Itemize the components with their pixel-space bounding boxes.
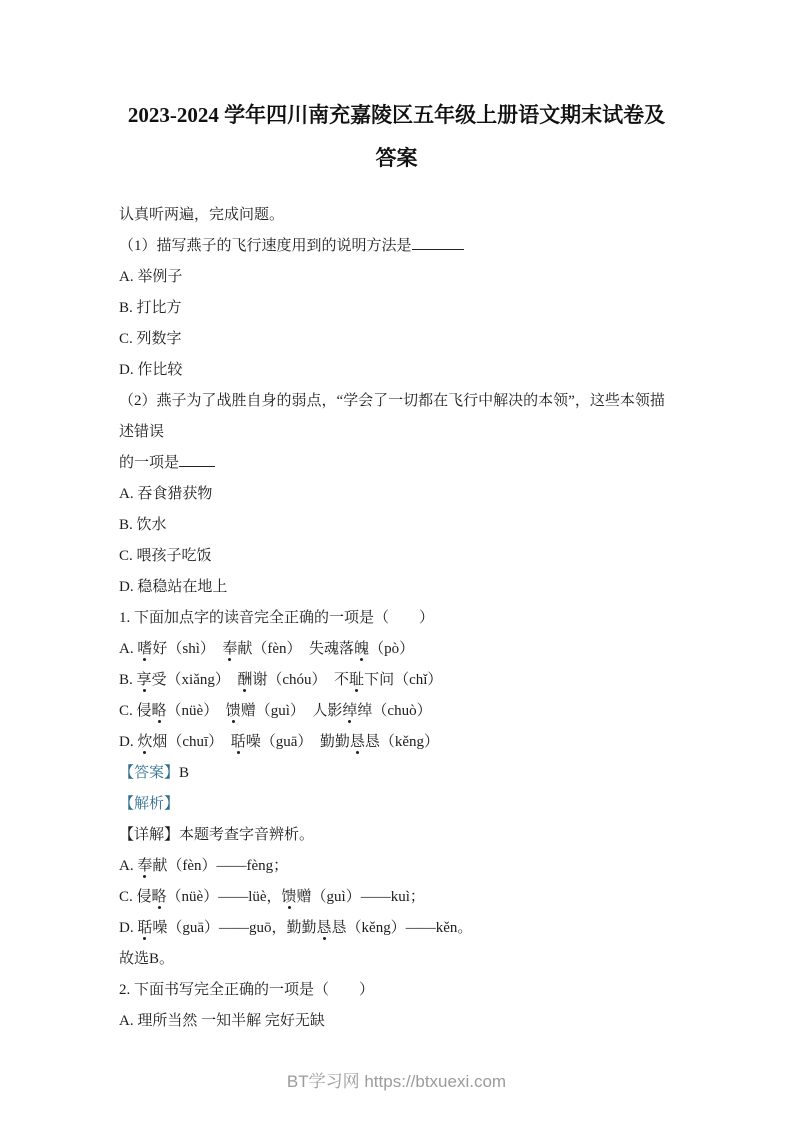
text-run: 1. 下面加点字的读音完全正确的一项是（ ） <box>119 610 434 626</box>
text-run: B <box>179 765 189 781</box>
text-run: （pò） <box>369 641 414 657</box>
text-run: 恳 <box>317 920 332 936</box>
document-line: 2. 下面书写完全正确的一项是（ ） <box>119 975 676 1006</box>
text-run: 略 <box>152 889 167 905</box>
document-line: 1. 下面加点字的读音完全正确的一项是（ ） <box>119 603 676 634</box>
text-run: A. <box>119 641 137 657</box>
text-run: 馈 <box>282 889 297 905</box>
footer-credit: BT学习网 https://btxuexi.com <box>0 1067 793 1092</box>
text-run: 炊 <box>137 734 152 750</box>
document-line: C. 列数字 <box>119 324 676 355</box>
document-line: D. 稳稳站在地上 <box>119 572 676 603</box>
blank-underline <box>179 453 215 467</box>
text-run: C. 喂孩子吃饭 <box>119 548 212 564</box>
document-line: 故选B。 <box>119 944 676 975</box>
text-run: 恳（kěng） <box>365 734 439 750</box>
text-run: 的一项是 <box>119 455 179 471</box>
document-line: 【答案】B <box>119 758 676 789</box>
document-line: C. 侵略（nüè） 馈赠（guì） 人影绰绰（chuò） <box>119 696 676 727</box>
text-run: 奉 <box>222 641 237 657</box>
document-line: C. 侵略（nüè）——lüè，馈赠（guì）——kuì； <box>119 882 676 913</box>
answer-label: 【解析】 <box>119 796 179 812</box>
text-run: 魄 <box>354 641 369 657</box>
text-run: 赠（guì）——kuì； <box>297 889 425 905</box>
text-run: 馈 <box>226 703 241 719</box>
text-run: 2. 下面书写完全正确的一项是（ ） <box>119 982 374 998</box>
document-line: B. 打比方 <box>119 293 676 324</box>
text-run: 赠（guì） 人影 <box>241 703 343 719</box>
text-run: A. 理所当然 一知半解 完好无缺 <box>119 1013 325 1029</box>
text-run: A. 吞食猎获物 <box>119 486 212 502</box>
text-run: 谢（chóu） 不 <box>252 672 349 688</box>
text-run: 嗜 <box>137 641 152 657</box>
text-run: 恳 <box>350 734 365 750</box>
document-line: （2）燕子为了战胜自身的弱点，“学会了一切都在飞行中解决的本领”，这些本领描述错… <box>119 386 676 448</box>
text-run: 故选B。 <box>119 951 174 967</box>
text-run: 献（fèn）——fèng； <box>152 858 288 874</box>
text-run: 好（shì） <box>152 641 222 657</box>
text-run: 受（xiǎng） <box>152 672 238 688</box>
text-run: 奉 <box>137 858 152 874</box>
text-run: D. 作比较 <box>119 362 182 378</box>
document-line: D. 聒噪（guā）——guō，勤勤恳恳（kěng）——kěn。 <box>119 913 676 944</box>
document-line: 认真听两遍，完成问题。 <box>119 200 676 231</box>
page-title-line-2: 答案 <box>376 146 418 170</box>
text-run: C. 侵 <box>119 889 152 905</box>
text-run: 烟（chuī） <box>152 734 230 750</box>
document-line: A. 吞食猎获物 <box>119 479 676 510</box>
document-page: 2023-2024 学年四川南充嘉陵区五年级上册语文期末试卷及答案 认真听两遍，… <box>0 0 793 1122</box>
document-line: 【解析】 <box>119 789 676 820</box>
text-run: B. <box>119 672 137 688</box>
text-run: 绰 <box>342 703 357 719</box>
document-line: 的一项是 <box>119 448 676 479</box>
text-run: 酬 <box>237 672 252 688</box>
text-run: D. <box>119 920 137 936</box>
text-run: 绰（chuò） <box>357 703 431 719</box>
document-line: C. 喂孩子吃饭 <box>119 541 676 572</box>
text-run: A. <box>119 858 137 874</box>
answer-label: 【答案】 <box>119 765 179 781</box>
document-line: B. 饮水 <box>119 510 676 541</box>
text-run: （nüè） <box>167 703 226 719</box>
text-run: （2）燕子为了战胜自身的弱点，“学会了一切都在飞行中解决的本领”，这些本领描述错… <box>119 393 665 440</box>
text-run: 下问（chǐ） <box>364 672 442 688</box>
document-body: 认真听两遍，完成问题。（1）描写燕子的飞行速度用到的说明方法是A. 举例子B. … <box>119 200 676 1037</box>
text-run: 耻 <box>349 672 364 688</box>
text-run: 聒 <box>231 734 246 750</box>
text-run: 献（fèn） 失魂落 <box>237 641 354 657</box>
text-run: （nüè）——lüè， <box>167 889 282 905</box>
text-run: A. 举例子 <box>119 269 182 285</box>
text-run: C. 列数字 <box>119 331 182 347</box>
document-line: A. 理所当然 一知半解 完好无缺 <box>119 1006 676 1037</box>
text-run: 聒 <box>137 920 152 936</box>
text-run: C. 侵 <box>119 703 152 719</box>
text-run: B. 饮水 <box>119 517 167 533</box>
document-line: D. 作比较 <box>119 355 676 386</box>
document-line: （1）描写燕子的飞行速度用到的说明方法是 <box>119 231 676 262</box>
page-title: 2023-2024 学年四川南充嘉陵区五年级上册语文期末试卷及答案 <box>90 94 703 180</box>
document-line: D. 炊烟（chuī） 聒噪（guā） 勤勤恳恳（kěng） <box>119 727 676 758</box>
document-line: A. 嗜好（shì） 奉献（fèn） 失魂落魄（pò） <box>119 634 676 665</box>
text-run: 略 <box>152 703 167 719</box>
text-run: B. 打比方 <box>119 300 182 316</box>
document-line: 【详解】本题考查字音辨析。 <box>119 820 676 851</box>
page-title-line-1: 2023-2024 学年四川南充嘉陵区五年级上册语文期末试卷及 <box>128 103 665 127</box>
document-line: A. 奉献（fèn）——fèng； <box>119 851 676 882</box>
text-run: 认真听两遍，完成问题。 <box>119 207 284 223</box>
text-run: 噪（guā）——guō，勤勤 <box>152 920 316 936</box>
text-run: D. 稳稳站在地上 <box>119 579 227 595</box>
document-line: A. 举例子 <box>119 262 676 293</box>
text-run: 【详解】本题考查字音辨析。 <box>119 827 314 843</box>
blank-underline <box>412 236 464 250</box>
text-run: （1）描写燕子的飞行速度用到的说明方法是 <box>119 238 412 254</box>
text-run: 享 <box>137 672 152 688</box>
document-line: B. 享受（xiǎng） 酬谢（chóu） 不耻下问（chǐ） <box>119 665 676 696</box>
text-run: D. <box>119 734 137 750</box>
text-run: 噪（guā） 勤勤 <box>246 734 350 750</box>
text-run: 恳（kěng）——kěn。 <box>332 920 473 936</box>
